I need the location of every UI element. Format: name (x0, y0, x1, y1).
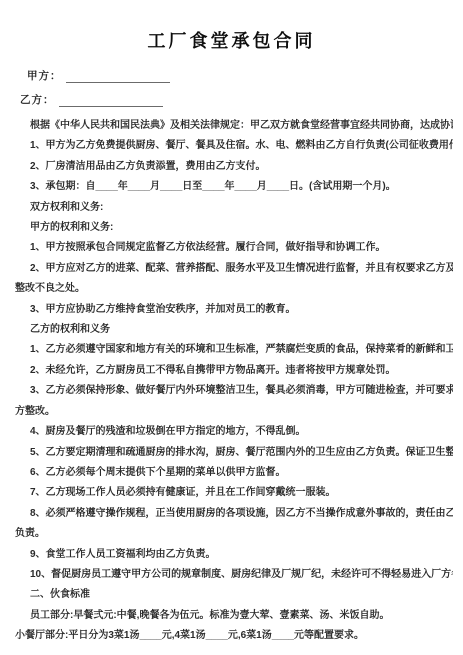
body-line: 10、督促厨房员工遵守甲方公司的规章制度、厨房纪律及厂规厂纪，未经许可不得轻易进… (15, 565, 453, 585)
body-line: 整改不良之处。 (15, 279, 453, 299)
body-line: 乙方的权利和义务 (15, 320, 453, 340)
body-line: 小餐厅部分:平日分为3菜1汤____元,4菜1汤____元,6菜1汤____元等… (15, 626, 453, 646)
body-line: 3、甲方应协助乙方维持食堂治安秩序，并加对员工的教育。 (15, 300, 453, 320)
body-line: 8、必须严格遵守操作规程，正当使用厨房的各项设施，因乙方不当操作成意外事故的，责… (15, 504, 453, 524)
body-line: 员工部分:早餐弍元:中餐,晚餐各为伍元。标准为壹大荤、壹素菜、汤、米饭自助。 (15, 606, 453, 626)
party-b-blank-line (59, 94, 163, 107)
body-line: 6、乙方必须每个周末提供下个星期的菜单以供甲方监督。 (15, 463, 453, 483)
party-a-label: 甲方： (27, 68, 62, 83)
body-line: 4、厨房及餐厅的残渣和垃圾倒在甲方指定的地方，不得乱倒。 (15, 422, 453, 442)
body-line: 1、乙方必须遵守国家和地方有关的环境和卫生标准，严禁腐烂变质的食品，保持菜肴的新… (15, 340, 453, 360)
contract-title: 工厂食堂承包合同 (0, 0, 463, 53)
body-line: 7、乙方现场工作人员必须持有健康证，并且在工作间穿戴统一服装。 (15, 483, 453, 503)
body-line: 2、厂房清洁用品由乙方负责添置，费用由乙方支付。 (15, 157, 453, 177)
body-line: 2、未经允许，乙方厨房员工不得私自携带甲方物品离开。违者将按甲方规章处罚。 (15, 361, 453, 381)
body-line: 3、承包期：自____年____月____日至____年____月____日。(… (15, 177, 453, 197)
party-a-blank-line (66, 70, 170, 83)
party-a-row: 甲方： (27, 59, 463, 83)
body-line: 方整改。 (15, 402, 453, 422)
body-line: 二、伙食标准 (15, 585, 453, 605)
contract-body: 根据《中华人民共和国民法典》及相关法律规定：甲乙双方就食堂经营事宜经共同协商，达… (15, 116, 453, 647)
body-line: 9、食堂工作人员工资福利均由乙方负责。 (15, 545, 453, 565)
body-line: 甲方的权利和义务: (15, 218, 453, 238)
contract-document-page: 工厂食堂承包合同 甲方： 乙方： 根据《中华人民共和国民法典》及相关法律规定：甲… (0, 0, 463, 655)
body-line: 1、甲方按照承包合同规定监督乙方依法经营。履行合同，做好指导和协调工作。 (15, 238, 453, 258)
body-line: 5、乙方要定期清理和疏通厨房的排水沟，厨房、餐厅范围内外的卫生应由乙方负责。保证… (15, 443, 453, 463)
party-b-label: 乙方： (20, 92, 55, 107)
body-line: 负责。 (15, 524, 453, 544)
body-line: 2、甲方应对乙方的进菜、配菜、营养搭配、服务水平及卫生情况进行监督，并且有权要求… (15, 259, 453, 279)
body-line: 1、甲方为乙方免费提供厨房、餐厅、餐具及住宿。水、电、燃料由乙方自行负责(公司征… (15, 136, 453, 156)
party-b-row: 乙方： (20, 83, 463, 107)
body-line: 双方权利和义务: (15, 198, 453, 218)
body-line: 3、乙方必须保持形象、做好餐厅内外环境整洁卫生，餐具必须消毒，甲方可随进检查，并… (15, 381, 453, 401)
body-line: 根据《中华人民共和国民法典》及相关法律规定：甲乙双方就食堂经营事宜经共同协商，达… (15, 116, 453, 136)
